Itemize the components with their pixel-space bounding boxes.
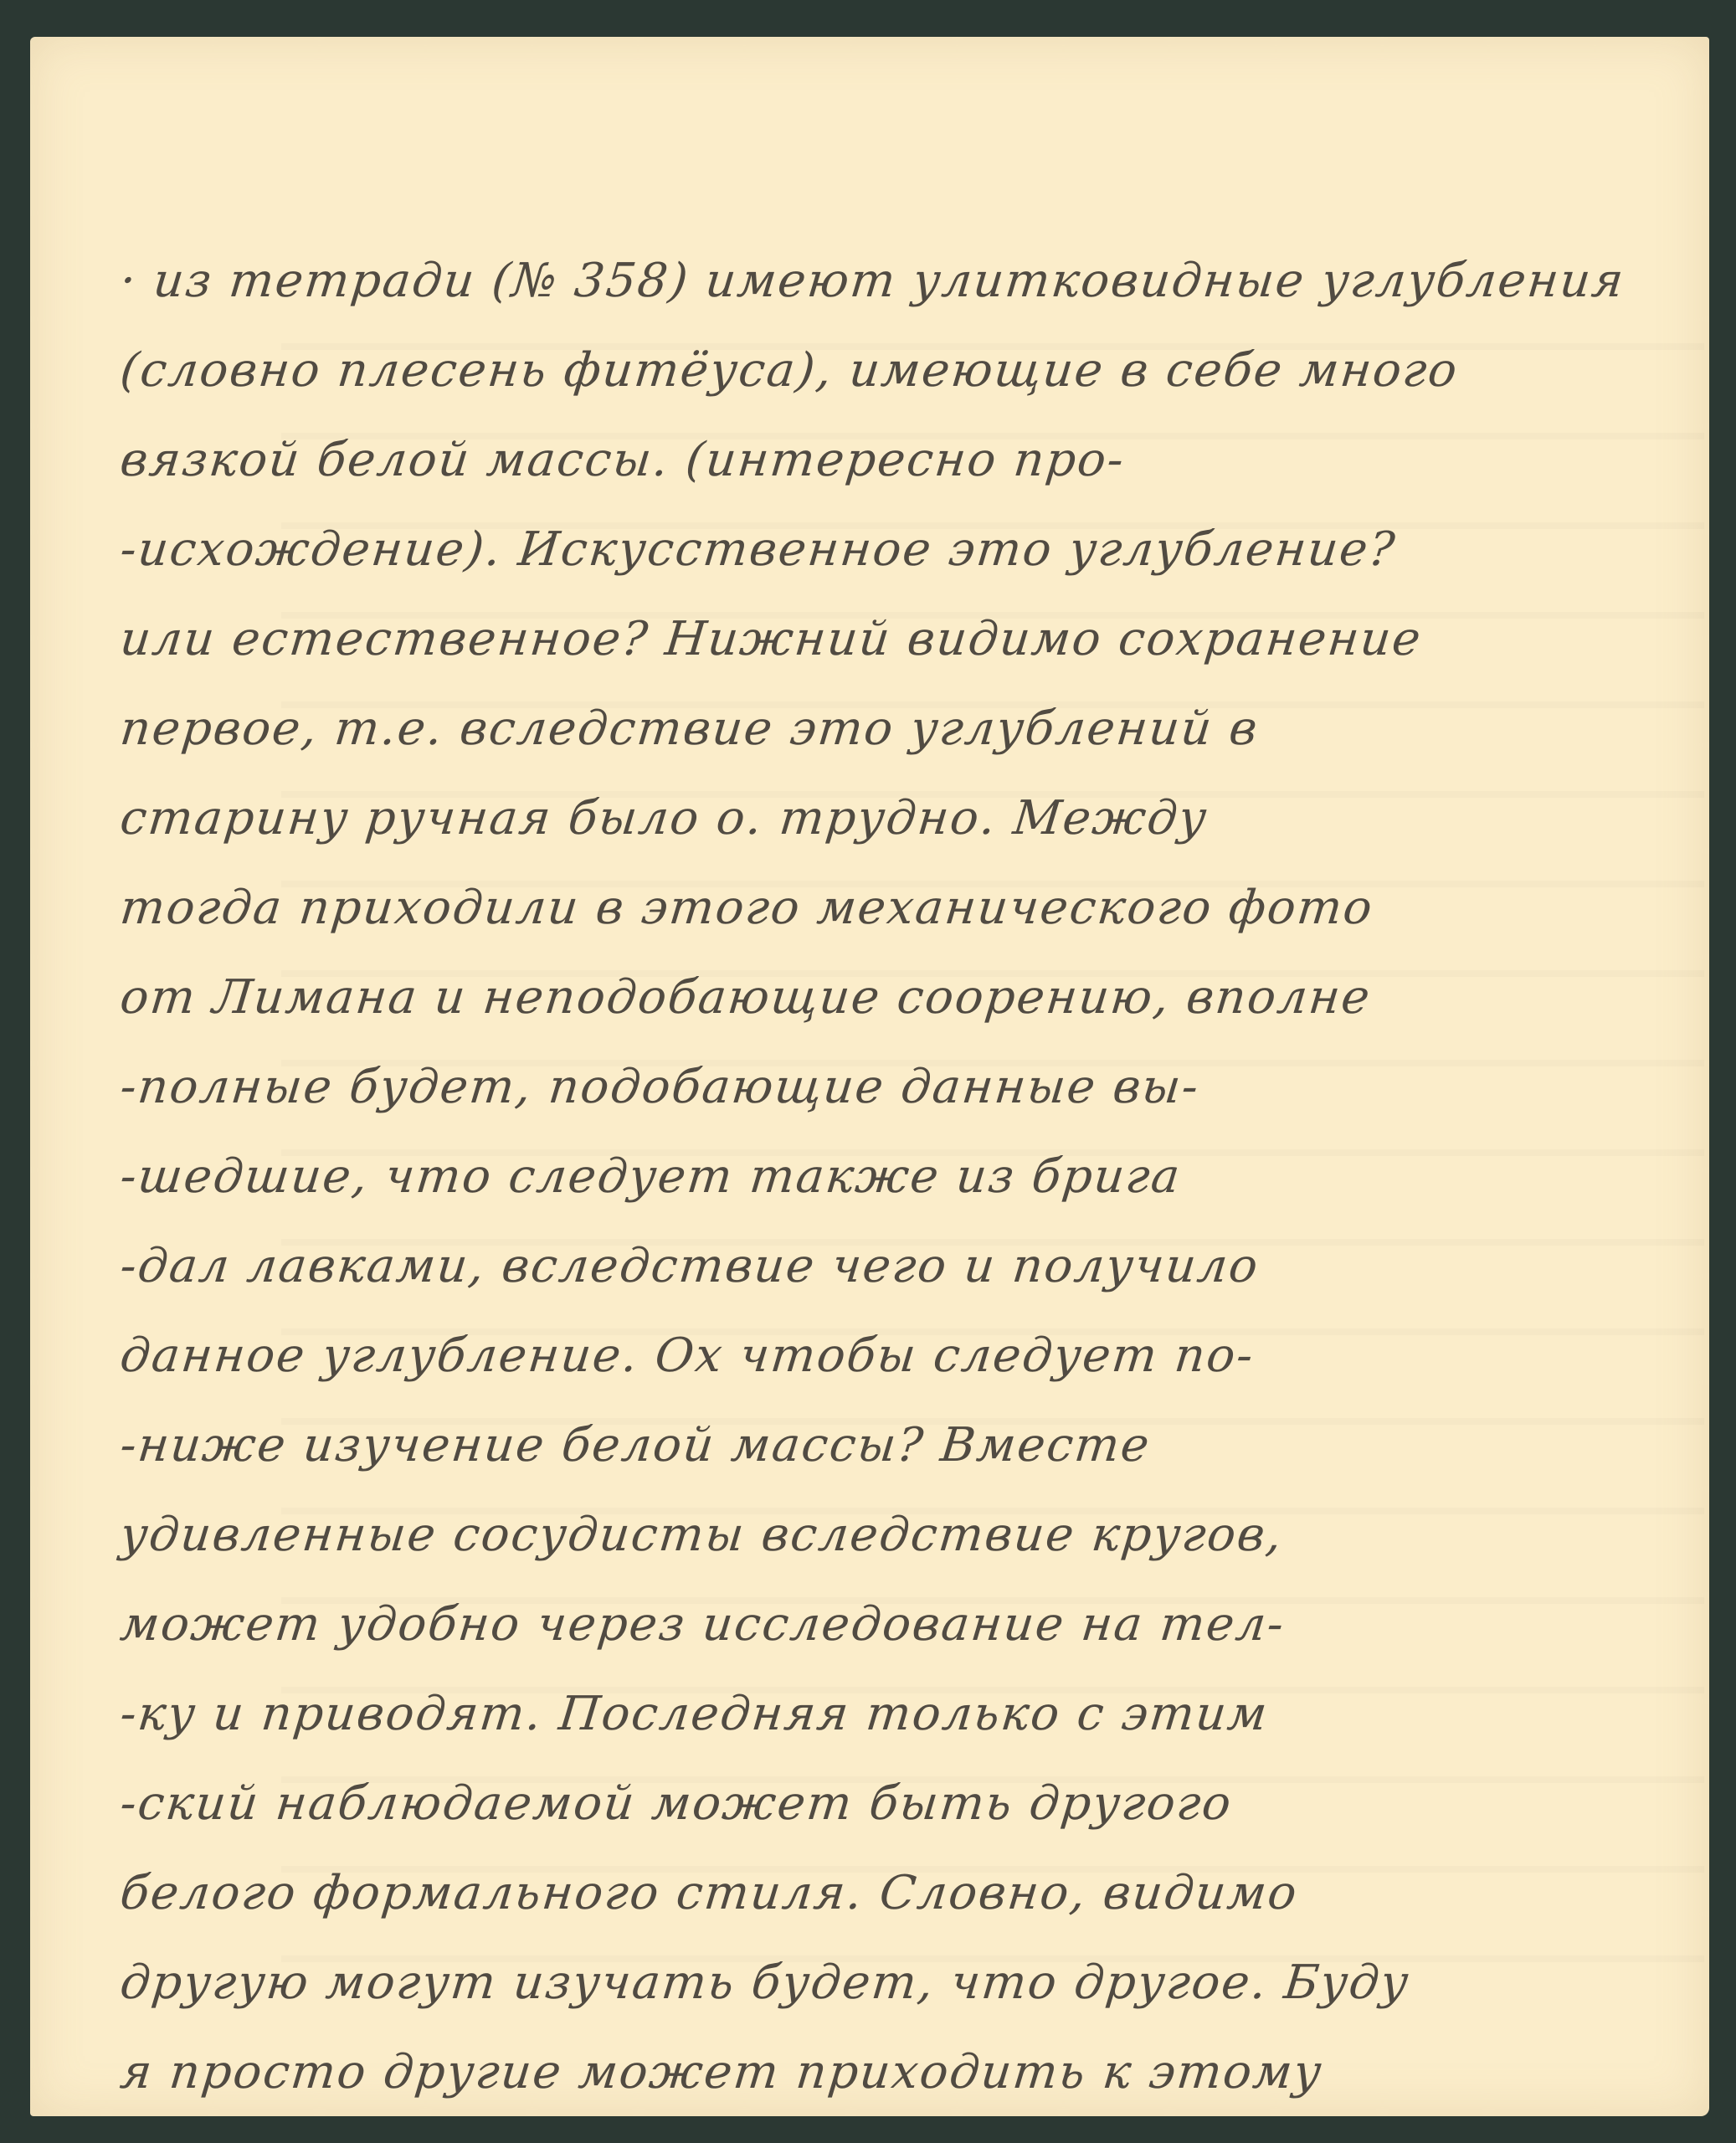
- text-line: -дал лавками, вследствие чего и получило: [116, 1221, 1715, 1311]
- text-line: может удобно через исследование на тел-: [116, 1580, 1715, 1669]
- text-line: удивленные сосудисты вследствие кругов,: [116, 1490, 1715, 1580]
- text-line: -исхождение). Искусственное это углублен…: [116, 505, 1715, 594]
- text-line: -полные будет, подобающие данные вы-: [116, 1042, 1715, 1132]
- text-line: я просто другие может приходить к этому: [116, 2027, 1715, 2117]
- text-line: (словно плесень фитёуса), имеющие в себе…: [116, 326, 1715, 415]
- text-line: · из тетради (№ 358) имеют улитковидные …: [116, 236, 1715, 326]
- text-line: или естественное? Нижний видимо сохранен…: [116, 594, 1715, 684]
- text-line: тогда приходили в этого механического фо…: [116, 863, 1715, 953]
- text-line: белого формального стиля. Словно, видимо: [116, 1848, 1715, 1938]
- text-line: данное углубление. Ох чтобы следует по-: [116, 1311, 1715, 1400]
- text-line: от Лимана и неподобающие соорению, вполн…: [116, 953, 1715, 1042]
- text-line: первое, т.е. вследствие это углублений в: [116, 684, 1715, 773]
- handwritten-text-block: · из тетради (№ 358) имеют улитковидные …: [121, 236, 1711, 2117]
- text-line: -ку и приводят. Последняя только с этим: [116, 1669, 1715, 1759]
- manuscript-page: · из тетради (№ 358) имеют улитковидные …: [30, 37, 1709, 2116]
- text-line: -ский наблюдаемой может быть другого: [116, 1759, 1715, 1848]
- text-line: -шедшие, что следует также из брига: [116, 1132, 1715, 1221]
- text-line: старину ручная было о. трудно. Между: [116, 773, 1715, 863]
- text-line: вязкой белой массы. (интересно про-: [116, 415, 1715, 505]
- text-line: другую могут изучать будет, что другое. …: [116, 1938, 1715, 2027]
- text-line: -ниже изучение белой массы? Вместе: [116, 1400, 1715, 1490]
